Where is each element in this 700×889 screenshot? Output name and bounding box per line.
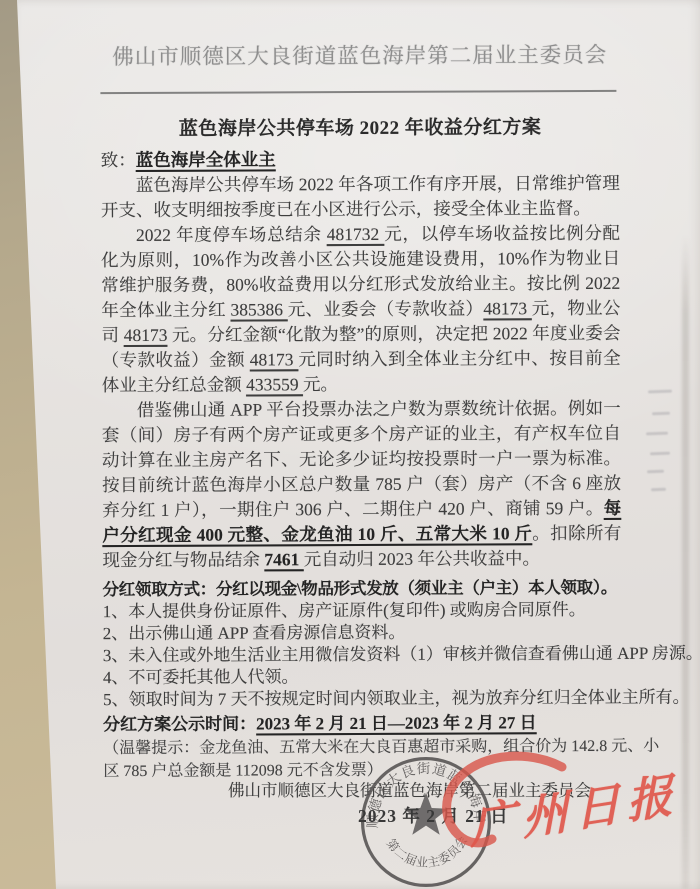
document-photo: 佛山市顺德区大良街道蓝色海岸第二届业主委员会 蓝色海岸公共停车场 2022 年收… — [0, 0, 700, 889]
paragraph-allocation: 2022 年度停车场总结余 481732 元，以停车场收益按比例分配化为原则，1… — [101, 221, 621, 398]
text-segment: 481732 — [327, 224, 385, 244]
text-segment: 2023 年 2 月 21 日—2023 年 2 月 27 日 — [256, 713, 537, 733]
text-segment: 48173 — [483, 298, 532, 318]
claim-item-5: 5、领取时间为 7 天不按规定时间内领取业主，视为放弃分红归全体业主所有。 — [103, 687, 622, 711]
header-rule — [100, 90, 616, 94]
text-segment: 385386 — [230, 299, 287, 319]
bleed-mark — [647, 470, 664, 473]
claim-item-4: 4、不可委托其他人代领。 — [103, 665, 622, 689]
bleed-mark — [652, 412, 670, 415]
text-segment: 7461 — [264, 549, 303, 569]
text-segment: 借鉴佛山通 APP 平台投票办法之户数为票数统计依据。例如一套（间）房子有两个房… — [102, 398, 621, 520]
text-segment: 48173 — [124, 325, 168, 345]
text-segment: 48173 — [250, 349, 299, 369]
paragraph-households: 借鉴佛山通 APP 平台投票办法之户数为票数统计依据。例如一套（间）房子有两个房… — [102, 396, 622, 573]
text-segment: 分红方案公示时间： — [103, 714, 256, 734]
text-segment: 433559 — [246, 374, 303, 394]
claim-item-2: 2、出示佛山通 APP 查看房源信息资料。 — [103, 621, 622, 645]
bleed-mark — [651, 488, 666, 491]
text-segment: 元、业委会（专款收益） — [288, 298, 484, 319]
claim-item-1: 1、本人提供身份证原件、房产证原件(复印件) 或购房合同原件。 — [103, 599, 622, 623]
claim-item-3: 3、未入住或外地生活业主用微信发资料（1）审核并微信查看佛山通 APP 房源。 — [103, 643, 622, 667]
paper-sheet: 佛山市顺德区大良街道蓝色海岸第二届业主委员会 蓝色海岸公共停车场 2022 年收… — [0, 0, 700, 889]
right-edge-shadow — [682, 235, 689, 889]
document-content: 佛山市顺德区大良街道蓝色海岸第二届业主委员会 蓝色海岸公共停车场 2022 年收… — [100, 0, 622, 783]
paragraph-overview: 蓝色海岸公共停车场 2022 年各项工作有序开展，日常维护管理开支、收支明细按季… — [101, 171, 620, 223]
text-segment: 元。 — [303, 374, 338, 394]
bleed-mark — [648, 390, 672, 393]
text-segment: 蓝色海岸公共停车场 2022 年各项工作有序开展，日常维护管理开支、收支明细按季… — [101, 173, 620, 220]
text-segment: 分红领取方式：分红以现金\物品形式发放（须业主（户主）本人领取）。 — [103, 578, 618, 599]
text-segment: 蓝色海岸全体业主 — [136, 149, 276, 170]
publicity-period-line: 分红方案公示时间：2023 年 2 月 21 日—2023 年 2 月 27 日 — [103, 711, 622, 737]
text-segment: 致： — [101, 150, 136, 170]
claim-method-line: 分红领取方式：分红以现金\物品形式发放（须业主（户主）本人领取）。 — [103, 577, 622, 601]
bleed-mark — [646, 432, 668, 435]
bleed-mark — [650, 452, 670, 455]
text-segment: 2022 年度停车场总结余 — [136, 224, 327, 245]
committee-header: 佛山市顺德区大良街道蓝色海岸第二届业主委员会 — [100, 42, 619, 70]
text-segment: 元自动归 2023 年公共收益中。 — [304, 548, 540, 569]
doc-title: 蓝色海岸公共停车场 2022 年收益分红方案 — [101, 115, 620, 143]
salutation-line: 致：蓝色海岸全体业主 — [101, 146, 620, 173]
